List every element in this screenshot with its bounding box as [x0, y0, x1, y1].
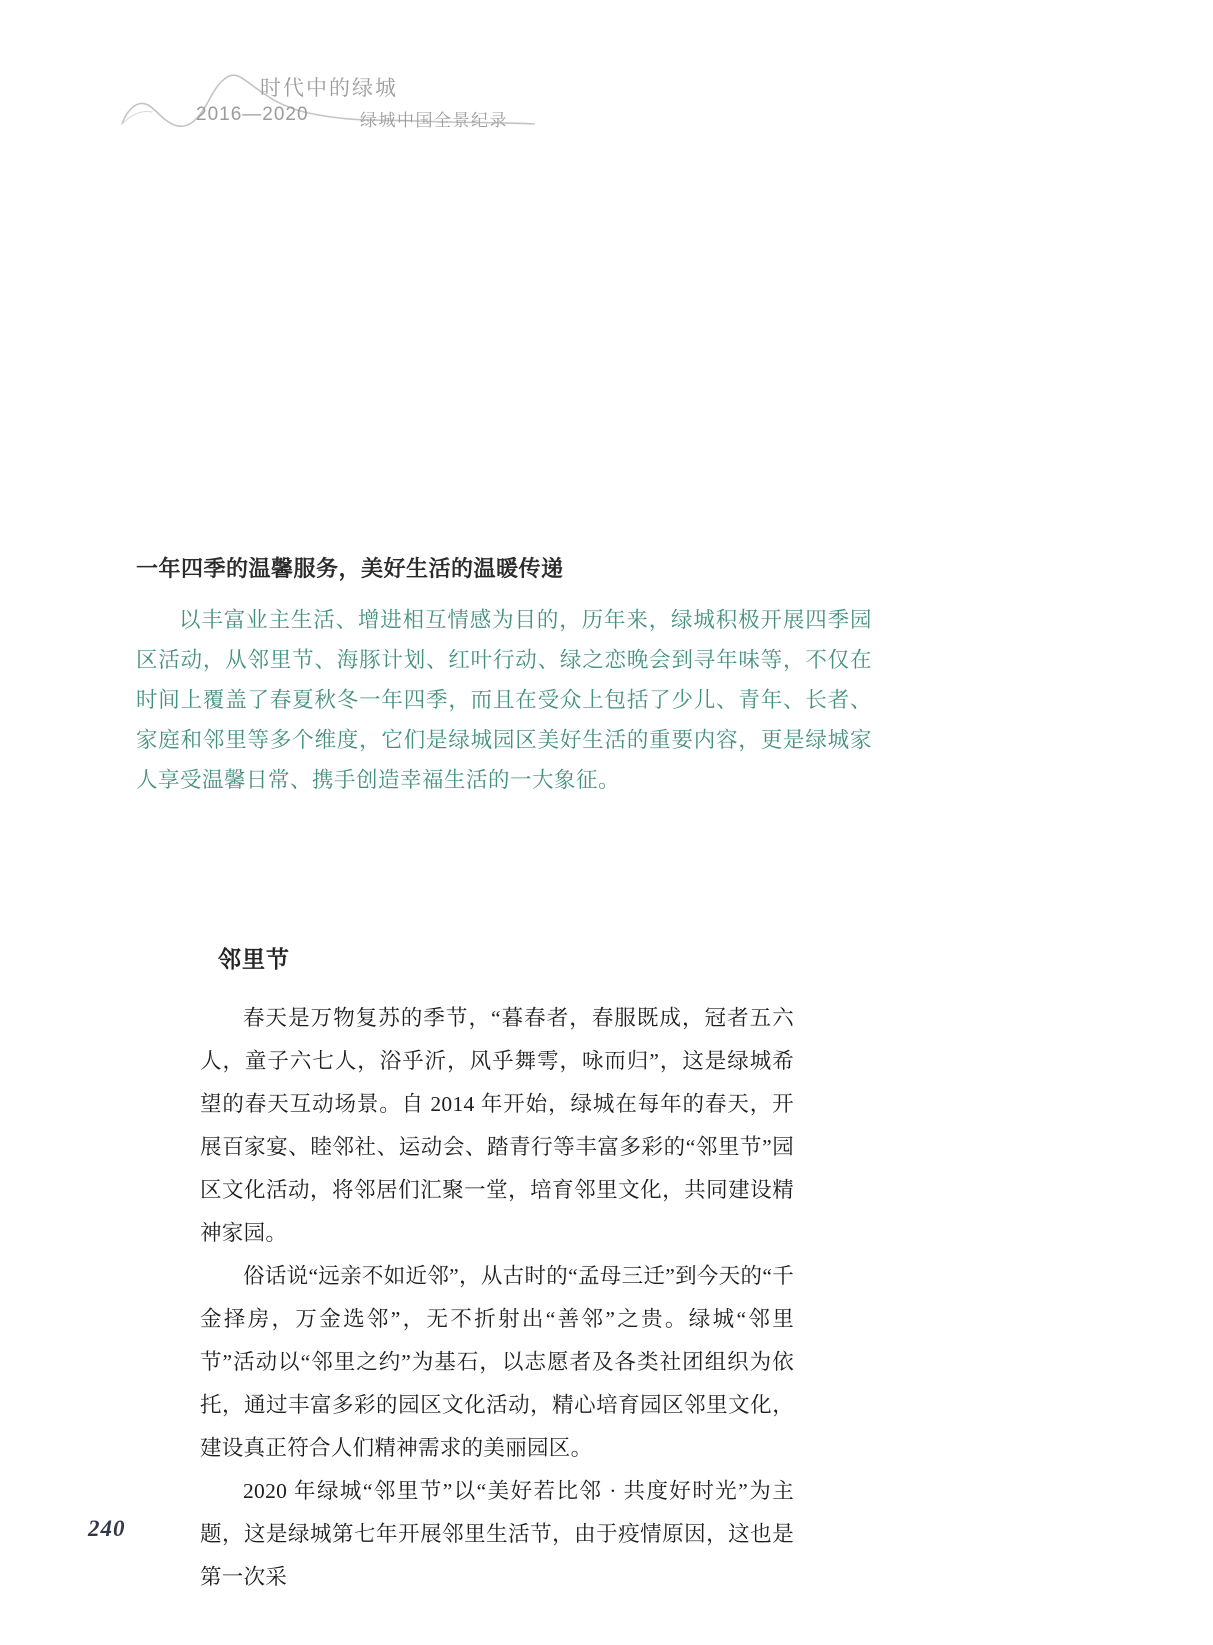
subsection-heading: 邻里节 [218, 941, 290, 974]
brand-header: 时代中的绿城 2016—2020 绿城中国全景纪录 [118, 62, 548, 137]
book-page: 时代中的绿城 2016—2020 绿城中国全景纪录 一年四季的温馨服务，美好生活… [0, 0, 1213, 1645]
intro-paragraph: 以丰富业主生活、增进相互情感为目的，历年来，绿城积极开展四季园区活动，从邻里节、… [136, 600, 872, 800]
section-heading: 一年四季的温馨服务，美好生活的温暖传递 [136, 552, 564, 583]
brand-subtitle: 绿城中国全景纪录 [360, 106, 508, 131]
body-paragraph: 2020 年绿城“邻里节”以“美好若比邻 · 共度好时光”为主题，这是绿城第七年… [200, 1470, 794, 1599]
body-paragraph: 俗话说“远亲不如近邻”，从古时的“孟母三迁”到今天的“千金择房，万金选邻”，无不… [200, 1255, 794, 1470]
brand-title: 时代中的绿城 [260, 72, 398, 102]
body-paragraph: 春天是万物复苏的季节，“暮春者，春服既成，冠者五六人，童子六七人，浴乎沂，风乎舞… [200, 997, 794, 1255]
page-number: 240 [88, 1516, 126, 1542]
brand-years: 2016—2020 [196, 104, 309, 126]
body-text-block: 春天是万物复苏的季节，“暮春者，春服既成，冠者五六人，童子六七人，浴乎沂，风乎舞… [200, 997, 794, 1599]
